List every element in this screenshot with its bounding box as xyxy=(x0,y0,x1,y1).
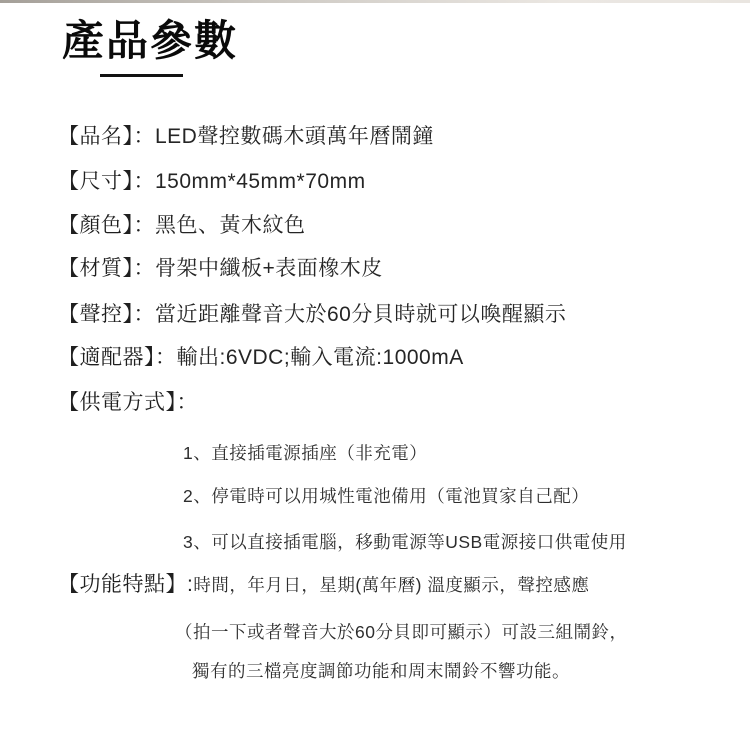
spec-label: 【材質】： xyxy=(58,257,155,280)
top-edge-strip xyxy=(0,0,750,3)
spec-row-adapter: 【適配器】：輸出:6VDC;輸入電流:1000mA xyxy=(58,345,464,371)
spec-row-power-supply: 【供電方式】： xyxy=(58,390,198,416)
spec-row-features: 【功能特點】:時間，年月日，星期(萬年曆) 溫度顯示，聲控感應 xyxy=(58,572,589,598)
spec-label: 【顏色】： xyxy=(58,214,155,237)
spec-row-name: 【品名】：LED聲控數碼木頭萬年曆鬧鐘 xyxy=(58,124,434,150)
spec-value: 黑色、黃木紋色 xyxy=(155,214,306,237)
spec-row-material: 【材質】：骨架中纖板+表面橡木皮 xyxy=(58,256,383,282)
spec-label: 【品名】： xyxy=(58,125,155,148)
title-underline xyxy=(100,74,183,77)
power-item-1: 1、直接插電源插座（非充電） xyxy=(183,442,427,464)
product-specs-page: 產品參數 【品名】：LED聲控數碼木頭萬年曆鬧鐘 【尺寸】：150mm*45mm… xyxy=(0,0,750,750)
power-item-2: 2、停電時可以用城性電池備用（電池買家自己配） xyxy=(183,485,589,507)
power-item-3: 3、可以直接插電腦，移動電源等USB電源接口供電使用 xyxy=(183,531,627,553)
spec-value: 150mm*45mm*70mm xyxy=(155,170,366,193)
features-cont-1: （拍一下或者聲音大於60分貝即可顯示）可設三組鬧鈴， xyxy=(175,621,627,643)
spec-label: 【聲控】： xyxy=(58,303,155,326)
spec-label: 【供電方式】： xyxy=(58,391,198,414)
spec-value: 時間，年月日，星期(萬年曆) 溫度顯示，聲控感應 xyxy=(193,575,589,595)
spec-row-size: 【尺寸】：150mm*45mm*70mm xyxy=(58,169,366,195)
spec-value: LED聲控數碼木頭萬年曆鬧鐘 xyxy=(155,125,434,148)
spec-label: 【適配器】： xyxy=(58,346,177,369)
features-cont-2: 獨有的三檔亮度調節功能和周末鬧鈴不響功能。 xyxy=(192,660,570,682)
spec-label: 【尺寸】： xyxy=(58,170,155,193)
spec-value: 輸出:6VDC;輸入電流:1000mA xyxy=(177,346,464,369)
spec-row-color: 【顏色】：黑色、黃木紋色 xyxy=(58,213,306,239)
page-title: 產品參數 xyxy=(62,18,238,64)
spec-value: 骨架中纖板+表面橡木皮 xyxy=(155,257,383,280)
spec-value: 當近距離聲音大於60分貝時就可以喚醒顯示 xyxy=(155,303,566,326)
spec-row-voice-control: 【聲控】：當近距離聲音大於60分貝時就可以喚醒顯示 xyxy=(58,302,566,328)
spec-label: 【功能特點】: xyxy=(58,573,193,596)
